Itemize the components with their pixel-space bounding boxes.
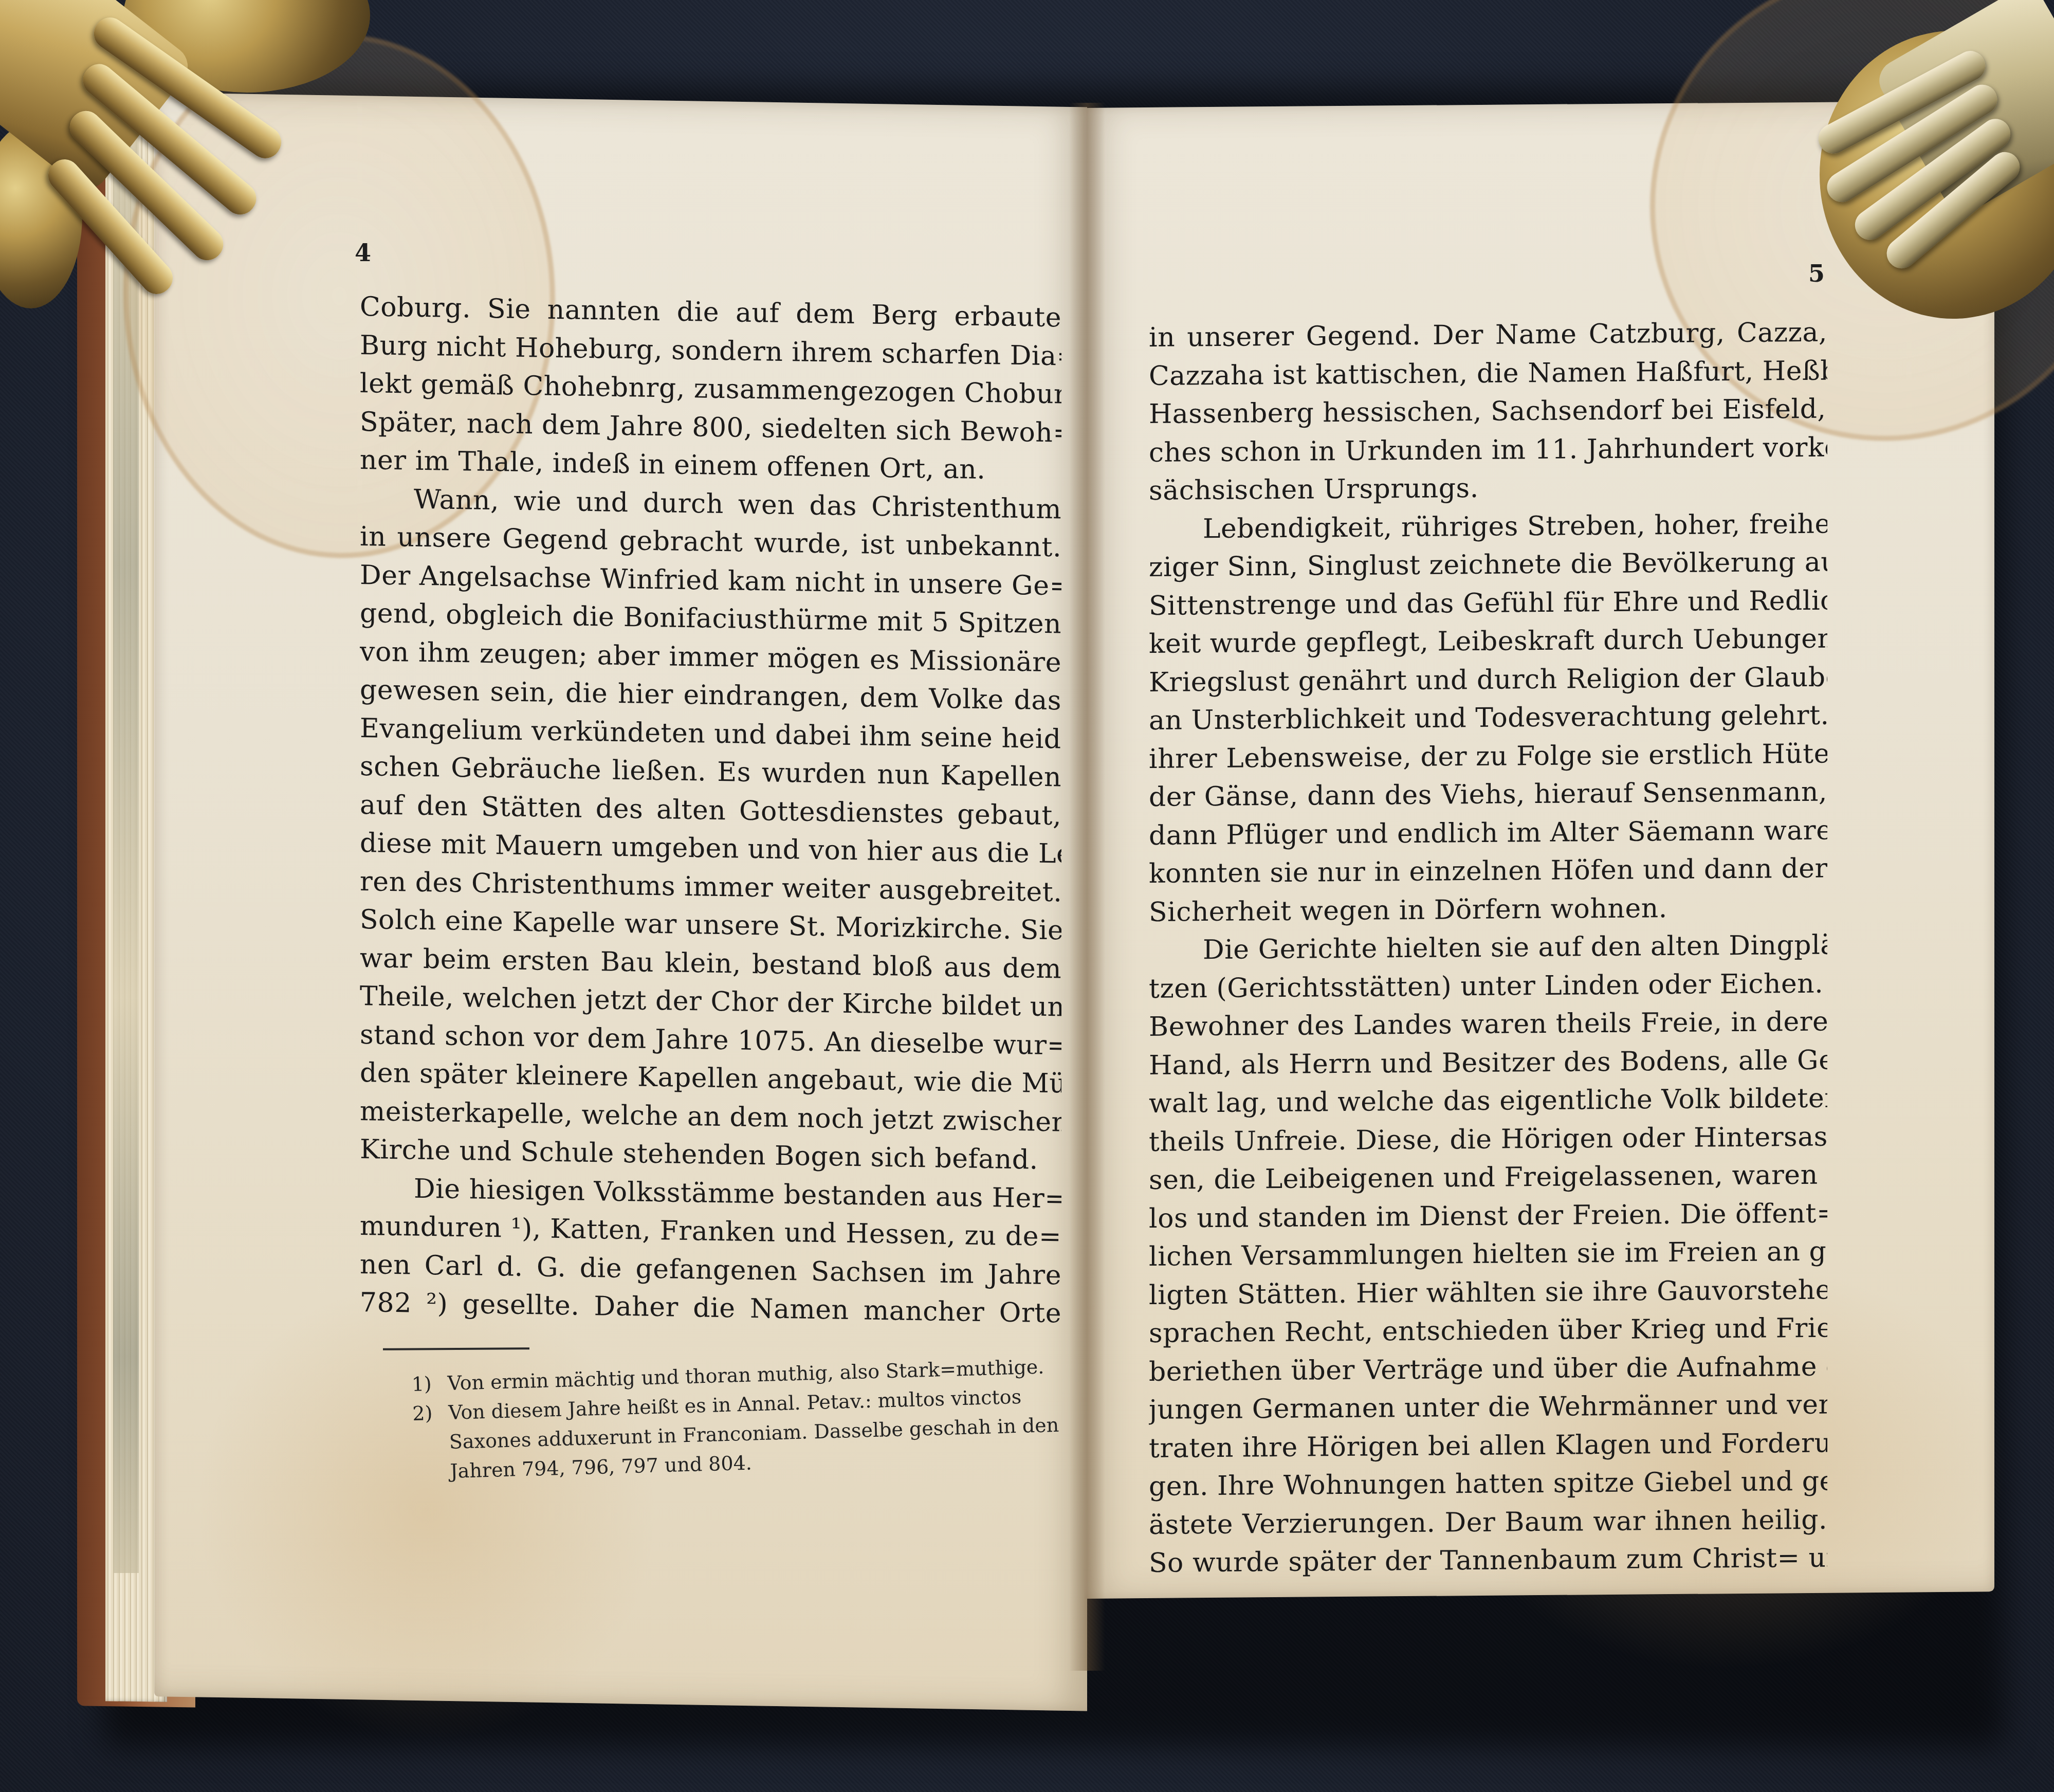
text-line: gen. Ihre Wohnungen hatten spitze Giebel… xyxy=(1149,1462,1827,1506)
text-line: So wurde später der Tannenbaum zum Chris… xyxy=(1149,1539,1827,1583)
text-line: Cazzaha ist kattischen, die Namen Haßfur… xyxy=(1149,352,1827,395)
text-line: keit wurde gepflegt, Leibeskraft durch U… xyxy=(1149,620,1827,664)
text-line: konnten sie nur in einzelnen Höfen und d… xyxy=(1149,850,1827,893)
text-line: Kriegslust genährt und durch Religion de… xyxy=(1149,658,1827,702)
text-line: Sittenstrenge und das Gefühl für Ehre un… xyxy=(1149,581,1827,625)
right-page-text: in unserer Gegend. Der Name Catzburg, Ca… xyxy=(1149,314,1827,1583)
text-line: beriethen über Verträge und über die Auf… xyxy=(1149,1347,1827,1391)
text-line: Hand, als Herrn und Besitzer des Bodens,… xyxy=(1149,1041,1827,1085)
text-line: ziger Sinn, Singlust zeichnete die Bevöl… xyxy=(1149,543,1827,587)
text-line: tzen (Gerichtsstätten) unter Linden oder… xyxy=(1149,964,1827,1008)
text-line: sächsischen Ursprungs. xyxy=(1149,467,1827,510)
text-line: an Unsterblichkeit und Todesverachtung g… xyxy=(1149,697,1827,740)
page-number-right: 5 xyxy=(1808,260,1825,287)
text-line: ligten Stätten. Hier wählten sie ihre Ga… xyxy=(1149,1271,1827,1314)
text-line: jungen Germanen unter die Wehrmänner und… xyxy=(1149,1386,1827,1430)
footnote-number: 2) xyxy=(412,1399,433,1429)
text-line: Bewohner des Landes waren theils Freie, … xyxy=(1149,1003,1827,1047)
text-line: sen, die Leibeigenen und Freigelassenen,… xyxy=(1149,1156,1827,1200)
text-line: Lebendigkeit, rühriges Streben, hoher, f… xyxy=(1149,505,1827,548)
text-line: walt lag, und welche das eigentliche Vol… xyxy=(1149,1080,1827,1123)
left-page-text: Coburg. Sie nannten die auf dem Berg erb… xyxy=(360,288,1061,1333)
text-line: Hassenberg hessischen, Sachsendorf bei E… xyxy=(1149,390,1827,434)
book-gutter xyxy=(1069,103,1105,1671)
text-line: sprachen Recht, entschieden über Krieg u… xyxy=(1149,1309,1827,1353)
text-line: der Gänse, dann des Viehs, hierauf Sense… xyxy=(1149,773,1827,817)
text-line: los und standen im Dienst der Freien. Di… xyxy=(1149,1194,1827,1238)
text-line: in unserer Gegend. Der Name Catzburg, Ca… xyxy=(1149,314,1827,357)
text-line: lichen Versammlungen hielten sie im Frei… xyxy=(1149,1233,1827,1276)
text-line: theils Unfreie. Diese, die Hörigen oder … xyxy=(1149,1118,1827,1161)
text-line: ästete Verzierungen. Der Baum war ihnen … xyxy=(1149,1501,1827,1544)
text-line: traten ihre Hörigen bei allen Klagen und… xyxy=(1149,1424,1827,1468)
text-line: ches schon in Urkunden im 11. Jahrhunder… xyxy=(1149,428,1827,472)
water-stain-bottom xyxy=(195,1275,658,1745)
footnote-text: Von diesem Jahre heißt es in Annal. Peta… xyxy=(448,1385,1059,1483)
page-number-left: 4 xyxy=(355,239,371,267)
text-line: dann Pflüger und endlich im Alter Säeman… xyxy=(1149,811,1827,855)
text-line: ihrer Lebensweise, der zu Folge sie erst… xyxy=(1149,735,1827,778)
footnote-2: 2) Von diesem Jahre heißt es in Annal. P… xyxy=(412,1381,1062,1487)
footnote-number: 1) xyxy=(411,1369,432,1399)
text-line: Sicherheit wegen in Dörfern wohnen. xyxy=(1149,888,1827,931)
text-line: Die Gerichte hielten sie auf den alten D… xyxy=(1149,926,1827,970)
footnotes: 1) Von ermin mächtig und thoran muthig, … xyxy=(411,1352,1062,1487)
